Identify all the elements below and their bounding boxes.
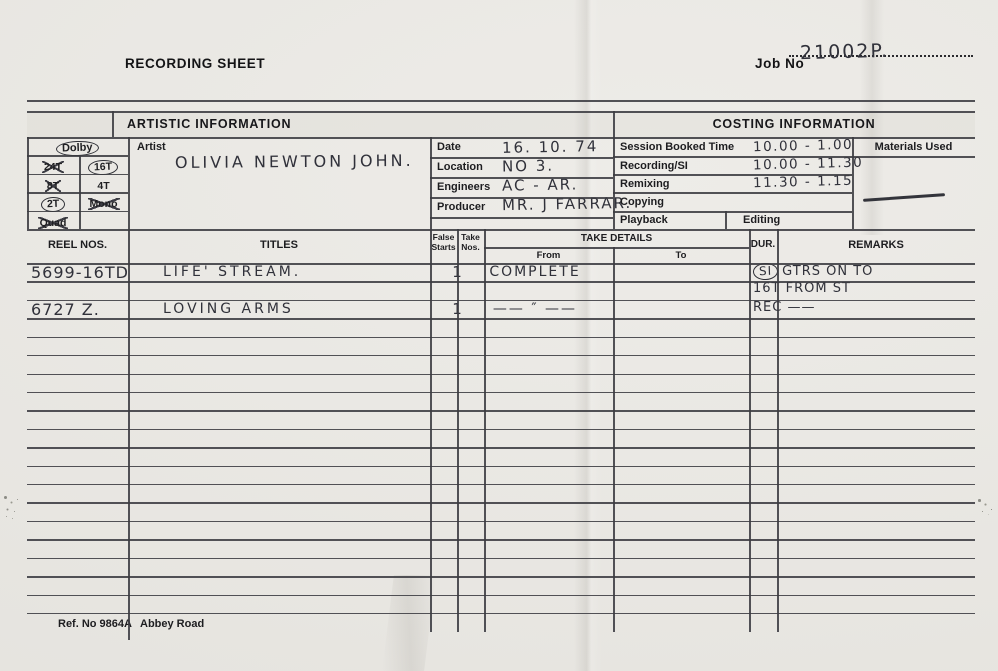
grid-hline — [27, 447, 975, 448]
table-row — [27, 318, 975, 336]
costing-value-0: 10.00 - 1.00 — [753, 137, 854, 156]
grid-hline — [27, 111, 975, 113]
track-option-4t: 4T — [97, 180, 109, 192]
session-label-location: Location — [437, 161, 483, 173]
grid-hline — [27, 355, 975, 356]
table-row: 16T FROM ST — [27, 281, 975, 299]
grid-hline — [27, 466, 975, 467]
cell-reel: 5699-16TD — [31, 263, 129, 282]
playback-label: Playback — [620, 214, 668, 226]
session-label-date: Date — [437, 141, 461, 153]
grid-hline — [613, 174, 852, 176]
track-option-cell: 2T — [27, 194, 79, 212]
table-row — [27, 410, 975, 428]
grid-hline — [27, 300, 975, 301]
cell-title: LOVING ARMS — [163, 301, 294, 317]
track-option-24t: 24T — [42, 161, 64, 173]
track-option-cell: 24T — [27, 157, 79, 175]
col-header-take-details: TAKE DETAILS — [484, 233, 749, 244]
costing-label-1: Recording/SI — [620, 160, 688, 172]
grid-hline — [27, 281, 975, 282]
grid-vline — [777, 229, 779, 632]
session-label-producer: Producer — [437, 201, 485, 213]
page-title: RECORDING SHEET — [125, 56, 265, 71]
grid-hline — [27, 263, 975, 265]
grid-hline — [27, 174, 128, 176]
grid-vline — [852, 137, 854, 229]
cell-title: LIFE' STREAM. — [163, 264, 301, 280]
cell-remarks: 16T FROM ST — [753, 281, 851, 296]
grid-vline — [749, 229, 751, 632]
col-header-remarks: REMARKS — [777, 239, 975, 251]
grid-vline — [613, 111, 615, 229]
grid-hline — [27, 502, 975, 503]
grid-hline — [430, 157, 613, 159]
grid-hline — [27, 429, 975, 430]
recording-sheet-scan: RECORDING SHEET Job No 21002P. ARTISTIC … — [0, 0, 998, 671]
grid-hline — [27, 558, 975, 559]
job-no-value: 21002P. — [800, 40, 890, 64]
table-row: 5699-16TDLIFE' STREAM.1COMPLETESIGTRS ON… — [27, 263, 975, 281]
costing-label-2: Remixing — [620, 178, 670, 190]
grid-hline — [430, 197, 613, 199]
editing-label: Editing — [743, 214, 780, 226]
grid-hline — [27, 374, 975, 375]
grid-hline — [430, 177, 613, 179]
grid-hline — [430, 217, 613, 219]
cell-from: —— ″ —— — [457, 301, 613, 317]
scan-speckles-left — [4, 496, 7, 499]
costing-label-0: Session Booked Time — [620, 141, 734, 153]
grid-hline — [27, 539, 975, 540]
grid-vline — [457, 229, 459, 632]
grid-hline — [27, 211, 128, 213]
grid-hline — [27, 613, 975, 614]
table-row — [27, 502, 975, 520]
table-row — [27, 429, 975, 447]
grid-vline — [430, 137, 432, 632]
grid-vline — [725, 211, 727, 229]
grid-hline — [613, 156, 975, 158]
artist-label: Artist — [137, 141, 166, 153]
job-no-label: Job No — [755, 56, 804, 71]
track-option-cell: 16T — [79, 157, 128, 175]
grid-vline — [27, 137, 29, 229]
col-header-false-starts: False Starts — [430, 233, 457, 253]
ref-no: Ref. No 9864A — [58, 618, 132, 630]
table-row — [27, 576, 975, 594]
materials-used-label: Materials Used — [852, 141, 975, 153]
col-header-take-nos: Take Nos. — [457, 233, 484, 253]
cell-remarks: REC —— — [753, 300, 815, 315]
track-option-8t: 8T — [45, 180, 61, 192]
col-header-from: From — [484, 250, 613, 261]
table-row — [27, 595, 975, 613]
table-row: 6727 Z.LOVING ARMS1—— ″ ——REC —— — [27, 300, 975, 318]
grid-hline — [27, 137, 975, 139]
costing-information-title: COSTING INFORMATION — [613, 117, 975, 131]
grid-hline — [27, 484, 975, 485]
studio-name: Abbey Road — [140, 618, 204, 630]
col-header-dur: DUR. — [749, 239, 777, 250]
grid-hline — [27, 155, 128, 157]
cell-reel: 6727 Z. — [31, 300, 100, 319]
grid-hline — [27, 318, 975, 319]
track-option-cell: 8T — [27, 176, 79, 194]
table-row — [27, 466, 975, 484]
col-header-to: To — [613, 250, 749, 261]
costing-label-3: Copying — [620, 196, 664, 208]
grid-vline — [613, 247, 615, 632]
grid-hline — [613, 211, 852, 213]
track-format-box: Dolby24T16T8T4T2TMonoQuad — [27, 137, 128, 229]
session-value-location: NO 3. — [502, 157, 554, 176]
track-option-mono: Mono — [88, 198, 120, 210]
artistic-information-title: ARTISTIC INFORMATION — [127, 117, 291, 131]
grid-vline — [79, 155, 81, 229]
track-option-cell: Mono — [79, 194, 128, 212]
table-row — [27, 392, 975, 410]
col-header-titles: TITLES — [128, 239, 430, 251]
scan-speckles-right — [978, 499, 981, 502]
grid-hline — [27, 337, 975, 338]
track-option-cell: Quad — [27, 213, 79, 231]
track-option-quad: Quad — [38, 217, 69, 229]
grid-vline — [484, 229, 486, 632]
remark-circled-si: SI — [753, 263, 779, 281]
col-header-reel-nos: REEL NOS. — [27, 239, 128, 251]
table-row — [27, 374, 975, 392]
grid-hline — [484, 247, 749, 249]
dolby-cell: Dolby — [27, 138, 128, 156]
table-row — [27, 484, 975, 502]
session-value-date: 16. 10. 74 — [502, 137, 599, 157]
grid-hline — [27, 410, 975, 411]
grid-vline — [112, 111, 114, 137]
table-row — [27, 447, 975, 465]
grid-hline — [27, 595, 975, 596]
track-option-cell: 4T — [79, 176, 128, 194]
grid-hline — [613, 192, 852, 194]
grid-hline — [27, 392, 975, 393]
table-row — [27, 355, 975, 373]
grid-hline — [27, 521, 975, 522]
table-row — [27, 521, 975, 539]
grid-hline — [27, 192, 128, 194]
grid-hline — [27, 100, 975, 102]
session-label-engineers: Engineers — [437, 181, 490, 193]
grid-hline — [27, 229, 975, 231]
table-row — [27, 337, 975, 355]
grid-vline — [128, 137, 130, 640]
cell-from: COMPLETE — [457, 264, 613, 280]
artist-value: OLIVIA NEWTON JOHN. — [175, 151, 414, 172]
cell-remarks: SIGTRS ON TO — [753, 263, 873, 280]
table-row — [27, 558, 975, 576]
grid-hline — [27, 576, 975, 577]
table-row — [27, 539, 975, 557]
